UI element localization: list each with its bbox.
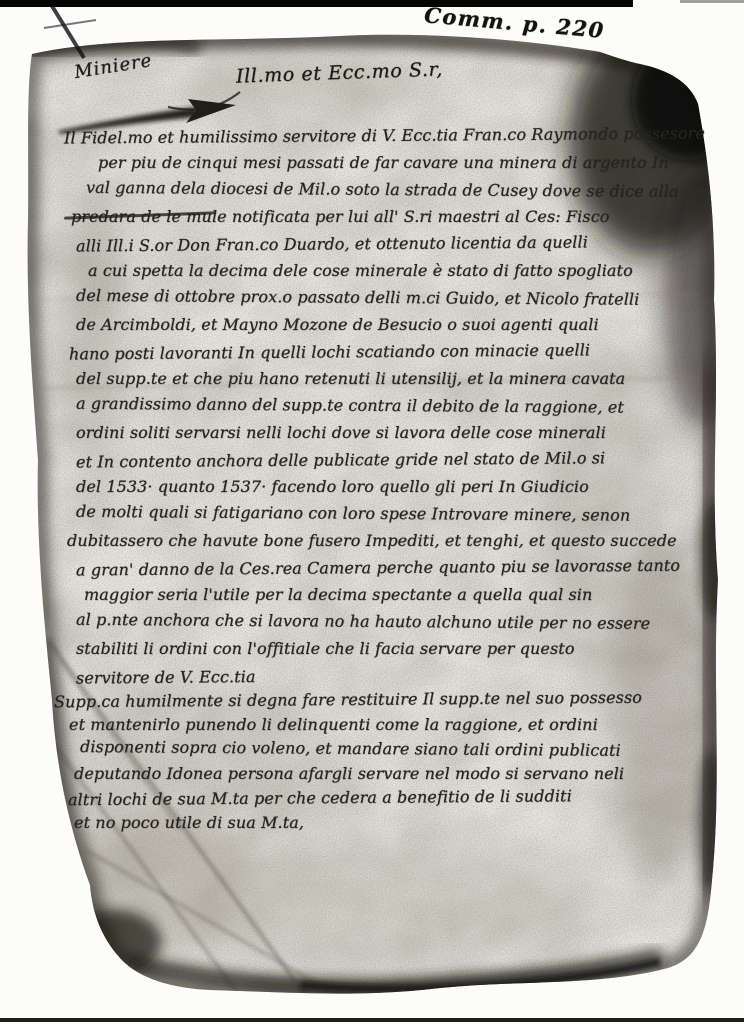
manuscript-line: de molti quali si fatigariano con loro s… bbox=[76, 498, 705, 529]
scan-edge-top bbox=[0, 0, 633, 7]
manuscript-line: et mantenirlo punendo li delinquenti com… bbox=[69, 713, 642, 738]
manuscript-line: de Arcimboldi, et Mayno Mozone de Besuci… bbox=[76, 311, 705, 338]
manuscript-line: del 1533· quanto 1537· facendo loro quel… bbox=[76, 473, 705, 500]
manuscript-line: per piu de cinqui mesi passati de far ca… bbox=[98, 149, 705, 176]
scanned-page: Comm. p. 220 Miniere Ill.mo et Ecc.mo S.… bbox=[0, 0, 744, 1024]
manuscript-line: a cui spetta la decima dele cose mineral… bbox=[88, 257, 705, 284]
manuscript-line: a gran' danno de la Ces.rea Camera perch… bbox=[76, 552, 705, 584]
manuscript-line: al p.nte anchora che si lavora no ha hau… bbox=[76, 606, 705, 637]
manuscript-line: et no poco utile di sua M.ta, bbox=[74, 811, 642, 836]
petition-paragraph: Il Fidel.mo et humilissimo servitore di … bbox=[64, 122, 705, 689]
manuscript-line: ordini soliti servarsi nelli lochi dove … bbox=[76, 419, 705, 446]
scan-edge-bottom bbox=[0, 1018, 744, 1022]
scan-edge-top-right bbox=[680, 0, 744, 3]
manuscript-line: altri lochi de sua M.ta per che cedera a… bbox=[68, 784, 642, 813]
manuscript-line: val ganna dela diocesi de Mil.o soto la … bbox=[86, 174, 705, 205]
manuscript-line: a grandissimo danno del supp.te contra i… bbox=[76, 390, 705, 421]
manuscript-line: maggior seria l'utile per la decima spec… bbox=[84, 581, 705, 608]
manuscript-line: et In contento anchora delle publicate g… bbox=[76, 444, 705, 476]
manuscript-line: alli Ill.i S.or Don Fran.co Duardo, et o… bbox=[76, 228, 705, 260]
manuscript-line: Il Fidel.mo et humilissimo servitore di … bbox=[64, 119, 705, 151]
manuscript-line: stabiliti li ordini con l'offitiale che … bbox=[76, 635, 705, 662]
manuscript-line: Supp.ca humilmente si degna fare restitu… bbox=[54, 686, 642, 715]
manuscript-line: dubitassero che havute bone fusero Imped… bbox=[67, 527, 705, 554]
manuscript-line: predara de le mule notificata per lui al… bbox=[71, 203, 705, 230]
manuscript-line: deputando Idonea persona afargli servare… bbox=[74, 762, 642, 787]
supplication-paragraph: Supp.ca humilmente si degna fare restitu… bbox=[54, 688, 642, 835]
manuscript-line: hano posti lavoranti In quelli lochi sca… bbox=[69, 336, 705, 368]
manuscript-line: del mese di ottobre prox.o passato delli… bbox=[76, 282, 705, 313]
manuscript-line: del supp.te et che piu hano retenuti li … bbox=[76, 365, 705, 392]
manuscript-line: disponenti sopra cio voleno, et mandare … bbox=[80, 735, 642, 763]
